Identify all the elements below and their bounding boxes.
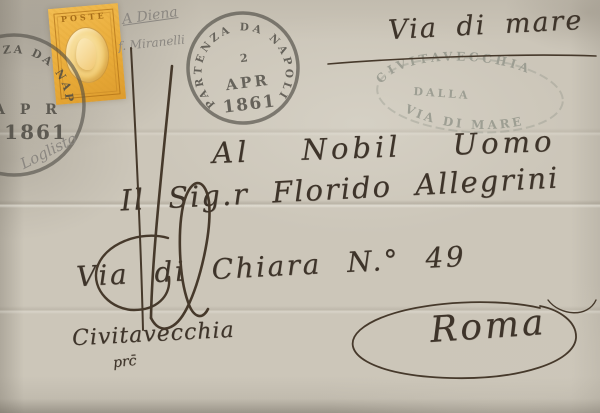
postal-cover-photo: POSTE PARTENZA DA NAPOLI A P R 1861 PART…: [0, 0, 600, 413]
origin-note-small: prc̄: [112, 353, 137, 371]
postage-stamp: POSTE: [48, 3, 126, 105]
address-city: Roma: [429, 302, 548, 351]
